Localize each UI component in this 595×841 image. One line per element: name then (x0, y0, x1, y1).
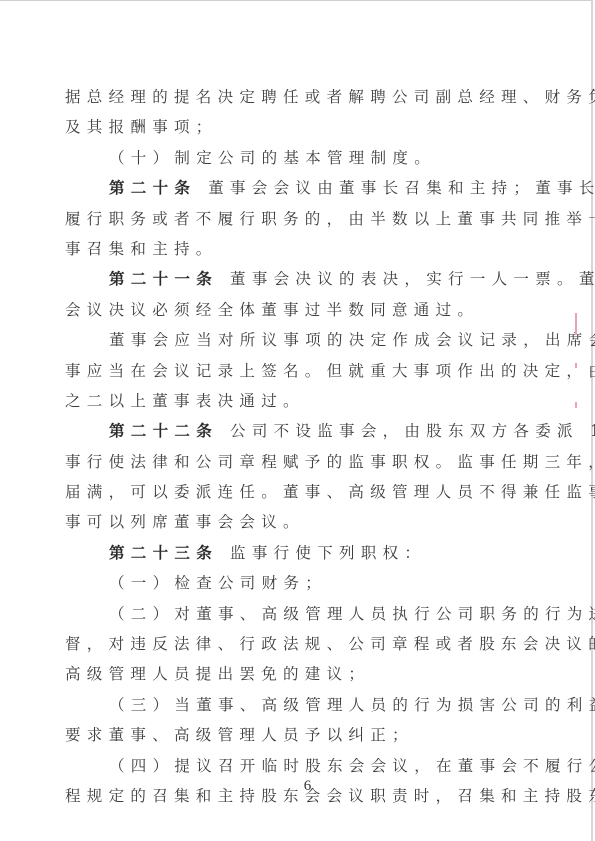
line-text: 董事会应当对所议事项的决定作成会议记录，出席会议董 (109, 331, 595, 349)
text-line: （十）制定公司的基本管理制度。 (65, 143, 510, 173)
article-number: 第二十条 (109, 178, 196, 197)
article-number: 第二十三条 (109, 543, 218, 562)
seal-mark (575, 402, 577, 408)
list-item: （一）检查公司财务； (65, 568, 510, 598)
line-text: 事可以列席董事会会议。 (65, 513, 305, 531)
line-text: 监事行使下列职权： (230, 544, 426, 562)
text-line: 届满，可以委派连任。董事、高级管理人员不得兼任监事。监 (65, 477, 510, 507)
text-line: 事行使法律和公司章程赋予的监事职权。监事任期三年，任期 (65, 447, 510, 477)
line-text: 事应当在会议记录上签名。但就重大事项作出的决定，由三分 (65, 362, 595, 380)
text-line: 履行职务或者不履行职务的，由半数以上董事共同推举一名董 (65, 204, 510, 234)
line-text: （一）检查公司财务； (109, 574, 327, 592)
article-21: 第二十一条董事会决议的表决，实行一人一票。董事会 (65, 264, 510, 294)
text-line: 之二以上董事表决通过。 (65, 386, 510, 416)
article-22: 第二十二条公司不设监事会，由股东双方各委派 1 名监 (65, 416, 510, 446)
line-text: （四）提议召开临时股东会会议，在董事会不履行公司章 (109, 757, 595, 775)
line-text: 据总经理的提名决定聘任或者解聘公司副总经理、财务负责人 (65, 88, 595, 106)
line-text: 及其报酬事项； (65, 118, 218, 136)
text-line: 据总经理的提名决定聘任或者解聘公司副总经理、财务负责人 (65, 82, 510, 112)
article-number: 第二十一条 (109, 269, 218, 288)
text-line: 事可以列席董事会会议。 (65, 507, 510, 537)
list-item: （四）提议召开临时股东会会议，在董事会不履行公司章 (65, 751, 510, 781)
text-line: 及其报酬事项； (65, 112, 510, 142)
line-text: 届满，可以委派连任。董事、高级管理人员不得兼任监事。监 (65, 483, 595, 501)
line-text: 事召集和主持。 (65, 240, 218, 258)
line-text: 会议决议必须经全体董事过半数同意通过。 (65, 301, 479, 319)
list-item: （三）当董事、高级管理人员的行为损害公司的利益时， (65, 690, 510, 720)
line-text: 督，对违反法律、行政法规、公司章程或者股东会决议的董事、 (65, 635, 595, 653)
line-text: 要求董事、高级管理人员予以纠正； (65, 726, 414, 744)
text-line: 会议决议必须经全体董事过半数同意通过。 (65, 295, 510, 325)
line-text: （十）制定公司的基本管理制度。 (109, 149, 436, 167)
text-line: 高级管理人员提出罢免的建议； (65, 659, 510, 689)
line-text: （三）当董事、高级管理人员的行为损害公司的利益时， (109, 696, 595, 714)
article-20: 第二十条董事会会议由董事长召集和主持；董事长不能 (65, 173, 510, 203)
line-text: 高级管理人员提出罢免的建议； (65, 665, 370, 683)
line-text: 履行职务或者不履行职务的，由半数以上董事共同推举一名董 (65, 210, 595, 228)
seal-mark (575, 313, 577, 335)
line-text: 董事会会议由董事长召集和主持；董事长不能 (208, 179, 595, 197)
text-line: 事召集和主持。 (65, 234, 510, 264)
text-line: 督，对违反法律、行政法规、公司章程或者股东会决议的董事、 (65, 629, 510, 659)
page-number: 6 (0, 778, 595, 795)
line-text: （二）对董事、高级管理人员执行公司职务的行为进行监 (109, 605, 595, 623)
article-number: 第二十二条 (109, 421, 218, 440)
text-line: 董事会应当对所议事项的决定作成会议记录，出席会议董 (65, 325, 510, 355)
seal-mark (575, 363, 577, 368)
text-line: 要求董事、高级管理人员予以纠正； (65, 720, 510, 750)
line-text: 公司不设监事会，由股东双方各委派 1 名监 (230, 422, 595, 440)
list-item: （二）对董事、高级管理人员执行公司职务的行为进行监 (65, 599, 510, 629)
line-text: 董事会决议的表决，实行一人一票。董事会 (230, 270, 595, 288)
line-text: 事行使法律和公司章程赋予的监事职权。监事任期三年，任期 (65, 453, 595, 471)
document-body: 据总经理的提名决定聘任或者解聘公司副总经理、财务负责人 及其报酬事项； （十）制… (65, 82, 510, 811)
text-line: 事应当在会议记录上签名。但就重大事项作出的决定，由三分 (65, 356, 510, 386)
line-text: 之二以上董事表决通过。 (65, 392, 305, 410)
article-23: 第二十三条监事行使下列职权： (65, 538, 510, 568)
